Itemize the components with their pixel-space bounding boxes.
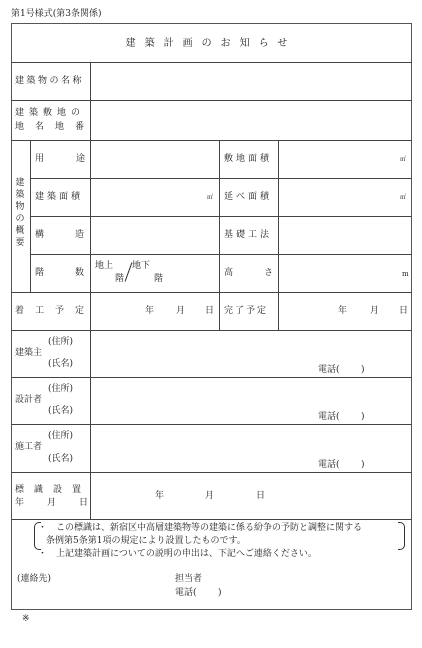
form-title: 建築計画のお知らせ (0, 39, 422, 49)
notice-line-2: 条例第5条第1項の規定により設置したものです。 (46, 537, 246, 546)
building-name-field[interactable] (91, 63, 411, 100)
contractor-phone-label: 電話( (318, 461, 340, 470)
sign-date-field[interactable] (91, 473, 411, 519)
site-area-field[interactable] (279, 141, 411, 178)
building-name-label: 建築物の名称 (15, 77, 84, 86)
building-area-unit: ㎡ (207, 195, 213, 201)
start-month: 月 (176, 307, 185, 316)
contact-person-label: 担当者 (175, 575, 202, 584)
height-unit: m (402, 271, 409, 278)
foundation-label: 基礎工法 (224, 231, 272, 240)
floors-field[interactable] (91, 255, 218, 292)
start-year: 年 (145, 307, 154, 316)
owner-role-label: 建築主 (15, 349, 42, 358)
form-number: 第1号様式(第3条関係) (11, 6, 101, 19)
contractor-phone-close: ) (361, 461, 365, 470)
divider (30, 140, 31, 292)
contractor-role-label: 施工者 (15, 443, 42, 452)
designer-name-label: (氏名) (48, 407, 73, 416)
site-area-label: 敷地面積 (224, 155, 272, 164)
foundation-field[interactable] (279, 217, 411, 254)
contact-person-field[interactable] (205, 572, 355, 585)
footnote-mark: ※ (22, 615, 30, 624)
sign-month: 月 (205, 492, 214, 501)
start-date-field[interactable] (91, 293, 218, 330)
bracket-right (398, 522, 405, 550)
structure-field[interactable] (91, 217, 218, 254)
completion-year: 年 (338, 307, 347, 316)
usage-field[interactable] (91, 141, 218, 178)
designer-address-label: (住所) (48, 385, 73, 394)
height-field[interactable] (279, 255, 411, 292)
owner-address-label: (住所) (48, 338, 73, 347)
divider (219, 140, 220, 330)
start-date-label: 着工予定 (15, 307, 95, 316)
usage-label: 用途 (35, 155, 85, 164)
sign-date-label-1: 標識設置 (15, 486, 91, 495)
completion-month: 月 (370, 307, 379, 316)
owner-name-label: (氏名) (48, 360, 73, 369)
total-floor-area-unit: ㎡ (400, 195, 406, 201)
start-day: 日 (205, 307, 214, 316)
site-address-field[interactable] (91, 101, 411, 140)
building-overview-label: 建築物の概要 (14, 177, 26, 249)
designer-phone-close: ) (361, 413, 365, 422)
contractor-name-label: (氏名) (48, 455, 73, 464)
contact-label: (連絡先) (17, 575, 51, 584)
site-address-label-1: 建築敷地の (15, 109, 85, 118)
site-area-unit: ㎡ (400, 157, 406, 163)
building-area-field[interactable] (91, 179, 218, 216)
site-address-label-2: 地名地番 (15, 123, 95, 132)
contact-phone-close: ) (218, 589, 222, 598)
owner-phone-close: ) (361, 366, 365, 375)
total-floor-area-label: 延べ面積 (224, 193, 272, 202)
notice-line-3: ・ 上記建築計画についての説明の申出は、下記へご連絡ください。 (38, 550, 317, 559)
building-area-label: 建築面積 (35, 193, 83, 202)
designer-phone-label: 電話( (318, 413, 340, 422)
completion-day: 日 (399, 307, 408, 316)
sign-year: 年 (155, 492, 164, 501)
divider (11, 519, 412, 520)
completion-date-label: 完了予定 (224, 307, 268, 316)
designer-role-label: 設計者 (15, 396, 42, 405)
notice-line-1: ・ この標識は、新宿区中高層建築物等の建築に係る紛争の予防と調整に関する (38, 524, 362, 533)
owner-phone-label: 電話( (318, 366, 340, 375)
contact-phone-label: 電話( (175, 589, 197, 598)
contractor-address-label: (住所) (48, 432, 73, 441)
sign-day: 日 (256, 492, 265, 501)
total-floor-area-field[interactable] (279, 179, 411, 216)
